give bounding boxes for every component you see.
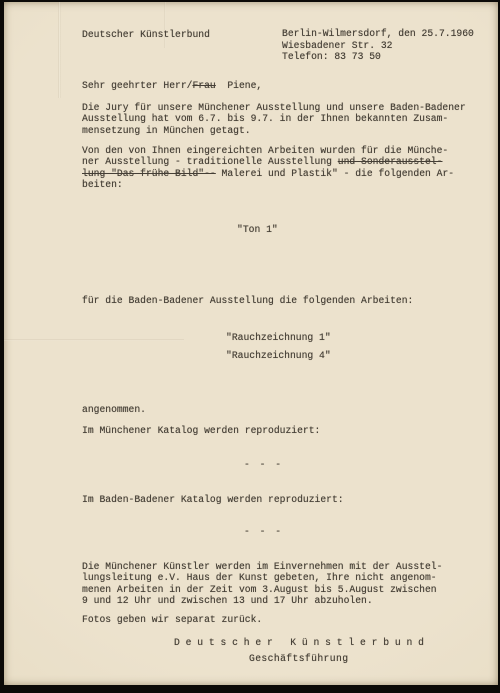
- catalog-munich-dashes: - - -: [244, 459, 283, 470]
- scanned-letter-page: { "colors": { "paper": "#ece2cd", "ink":…: [0, 0, 500, 693]
- works-struck-1: und Sonderausstel-: [338, 156, 443, 167]
- paper-crease-horizontal: [4, 339, 184, 341]
- paragraph-photos: Fotos geben wir separat zurück.: [82, 614, 262, 625]
- letterhead-address-block: Berlin-Wilmersdorf, den 25.7.1960 Wiesba…: [282, 28, 474, 63]
- salutation-line: Sehr geehrter Herr/Frau Piene,: [82, 80, 262, 91]
- paper-crease-vertical: [58, 2, 61, 98]
- accepted-work-baden-2: "Rauchzeichnung 4": [226, 350, 331, 361]
- catalog-munich-line: Im Münchener Katalog werden reproduziert…: [82, 425, 320, 436]
- signature-role: Geschäftsführung: [249, 653, 348, 664]
- paper-crease-vertical-2: [164, 2, 166, 48]
- street-address: Wiesbadener Str. 32: [282, 40, 392, 51]
- phone-number: Telefon: 83 73 50: [282, 51, 381, 62]
- salutation-prefix: Sehr geehrter Herr/: [82, 80, 192, 91]
- works-struck-2: lung "Das frühe Bild"--: [82, 168, 216, 179]
- accepted-line: angenommen.: [82, 404, 146, 415]
- paragraph-jury: Die Jury für unsere Münchener Ausstellun…: [82, 102, 466, 136]
- paragraph-baden-intro: für die Baden-Badener Ausstellung die fo…: [82, 295, 413, 306]
- letter-paper: Deutscher Künstlerbund Berlin-Wilmersdor…: [4, 2, 498, 685]
- dateline: Berlin-Wilmersdorf, den 25.7.1960: [282, 28, 474, 39]
- paragraph-works: Von den von Ihnen eingereichten Arbeiten…: [82, 145, 454, 190]
- catalog-baden-line: Im Baden-Badener Katalog werden reproduz…: [82, 494, 344, 505]
- sender-name: Deutscher Künstlerbund: [82, 29, 210, 40]
- catalog-baden-dashes: - - -: [244, 526, 283, 537]
- paragraph-pickup: Die Münchener Künstler werden im Einvern…: [82, 561, 442, 606]
- salutation-suffix: Piene,: [216, 80, 263, 91]
- signature-organization: D e u t s c h e r K ü n s t l e r b u n …: [174, 637, 424, 648]
- accepted-work-munich: "Ton 1": [237, 224, 278, 235]
- accepted-work-baden-1: "Rauchzeichnung 1": [226, 332, 331, 343]
- salutation-struck-word: Frau: [192, 80, 215, 91]
